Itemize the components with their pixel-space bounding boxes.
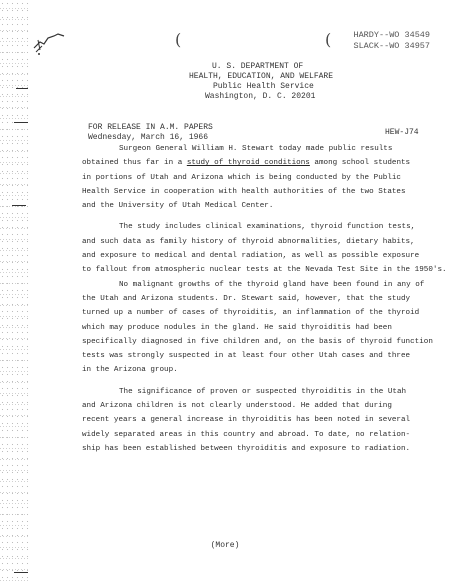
text-line: widely separated areas in this country a… — [82, 428, 442, 442]
release-notice: FOR RELEASE IN A.M. PAPERS — [88, 123, 213, 133]
text-line: No malignant growths of the thyroid glan… — [82, 278, 442, 292]
document-page: ( ( HARDY--WO 34549 SLACK--WO 34957 U. S… — [0, 0, 450, 582]
text-line: Health Service in cooperation with healt… — [82, 185, 442, 199]
text-line: in the Arizona group. — [82, 363, 442, 377]
text-line: which may produce nodules in the gland. … — [82, 321, 442, 335]
release-info: FOR RELEASE IN A.M. PAPERS Wednesday, Ma… — [88, 123, 213, 143]
text-line: obtained thus far in a study of thyroid … — [82, 156, 442, 170]
punch-hole-mark: ( — [325, 30, 331, 49]
text-line: turned up a number of cases of thyroidit… — [82, 306, 442, 320]
reference-line: SLACK--WO 34957 — [353, 41, 430, 52]
text-fragment: among school students — [310, 159, 410, 167]
file-reference: HARDY--WO 34549 SLACK--WO 34957 — [353, 30, 430, 52]
margin-mark — [14, 572, 28, 573]
text-fragment: obtained thus far in a — [82, 159, 187, 167]
margin-mark — [12, 205, 26, 206]
underlined-phrase: study of thyroid conditions — [187, 159, 310, 167]
text-line: and such data as family history of thyro… — [82, 235, 442, 249]
letterhead-line: Washington, D. C. 20201 — [0, 92, 450, 102]
handwritten-scribble-icon — [30, 26, 70, 56]
letterhead-line: HEALTH, EDUCATION, AND WELFARE — [0, 72, 450, 82]
text-line: and Arizona children is not clearly unde… — [82, 399, 442, 413]
text-line: to fallout from atmospheric nuclear test… — [82, 263, 442, 277]
text-line: recent years a general increase in thyro… — [82, 413, 442, 427]
release-number: HEW-J74 — [385, 128, 419, 137]
paragraph-gap — [82, 378, 442, 385]
text-line: and the University of Utah Medical Cente… — [82, 199, 442, 213]
letterhead-line: Public Health Service — [0, 82, 450, 92]
continued-marker: (More) — [0, 541, 450, 550]
letterhead-line: U. S. DEPARTMENT OF — [0, 62, 450, 72]
text-line: and exposure to medical and dental radia… — [82, 249, 442, 263]
text-line: Surgeon General William H. Stewart today… — [82, 142, 442, 156]
text-line: tests was strongly suspected in at least… — [82, 349, 442, 363]
text-line: The study includes clinical examinations… — [82, 220, 442, 234]
text-line: in portions of Utah and Arizona which is… — [82, 171, 442, 185]
text-line: ship has been established between thyroi… — [82, 442, 442, 456]
reference-line: HARDY--WO 34549 — [353, 30, 430, 41]
text-line: The significance of proven or suspected … — [82, 385, 442, 399]
paragraph-gap — [82, 213, 442, 220]
letterhead: U. S. DEPARTMENT OF HEALTH, EDUCATION, A… — [0, 62, 450, 102]
press-release-body: Surgeon General William H. Stewart today… — [82, 142, 442, 456]
margin-mark — [14, 122, 28, 123]
text-line: specifically diagnosed in five children … — [82, 335, 442, 349]
punch-hole-mark: ( — [175, 30, 181, 49]
text-line: the Utah and Arizona students. Dr. Stewa… — [82, 292, 442, 306]
